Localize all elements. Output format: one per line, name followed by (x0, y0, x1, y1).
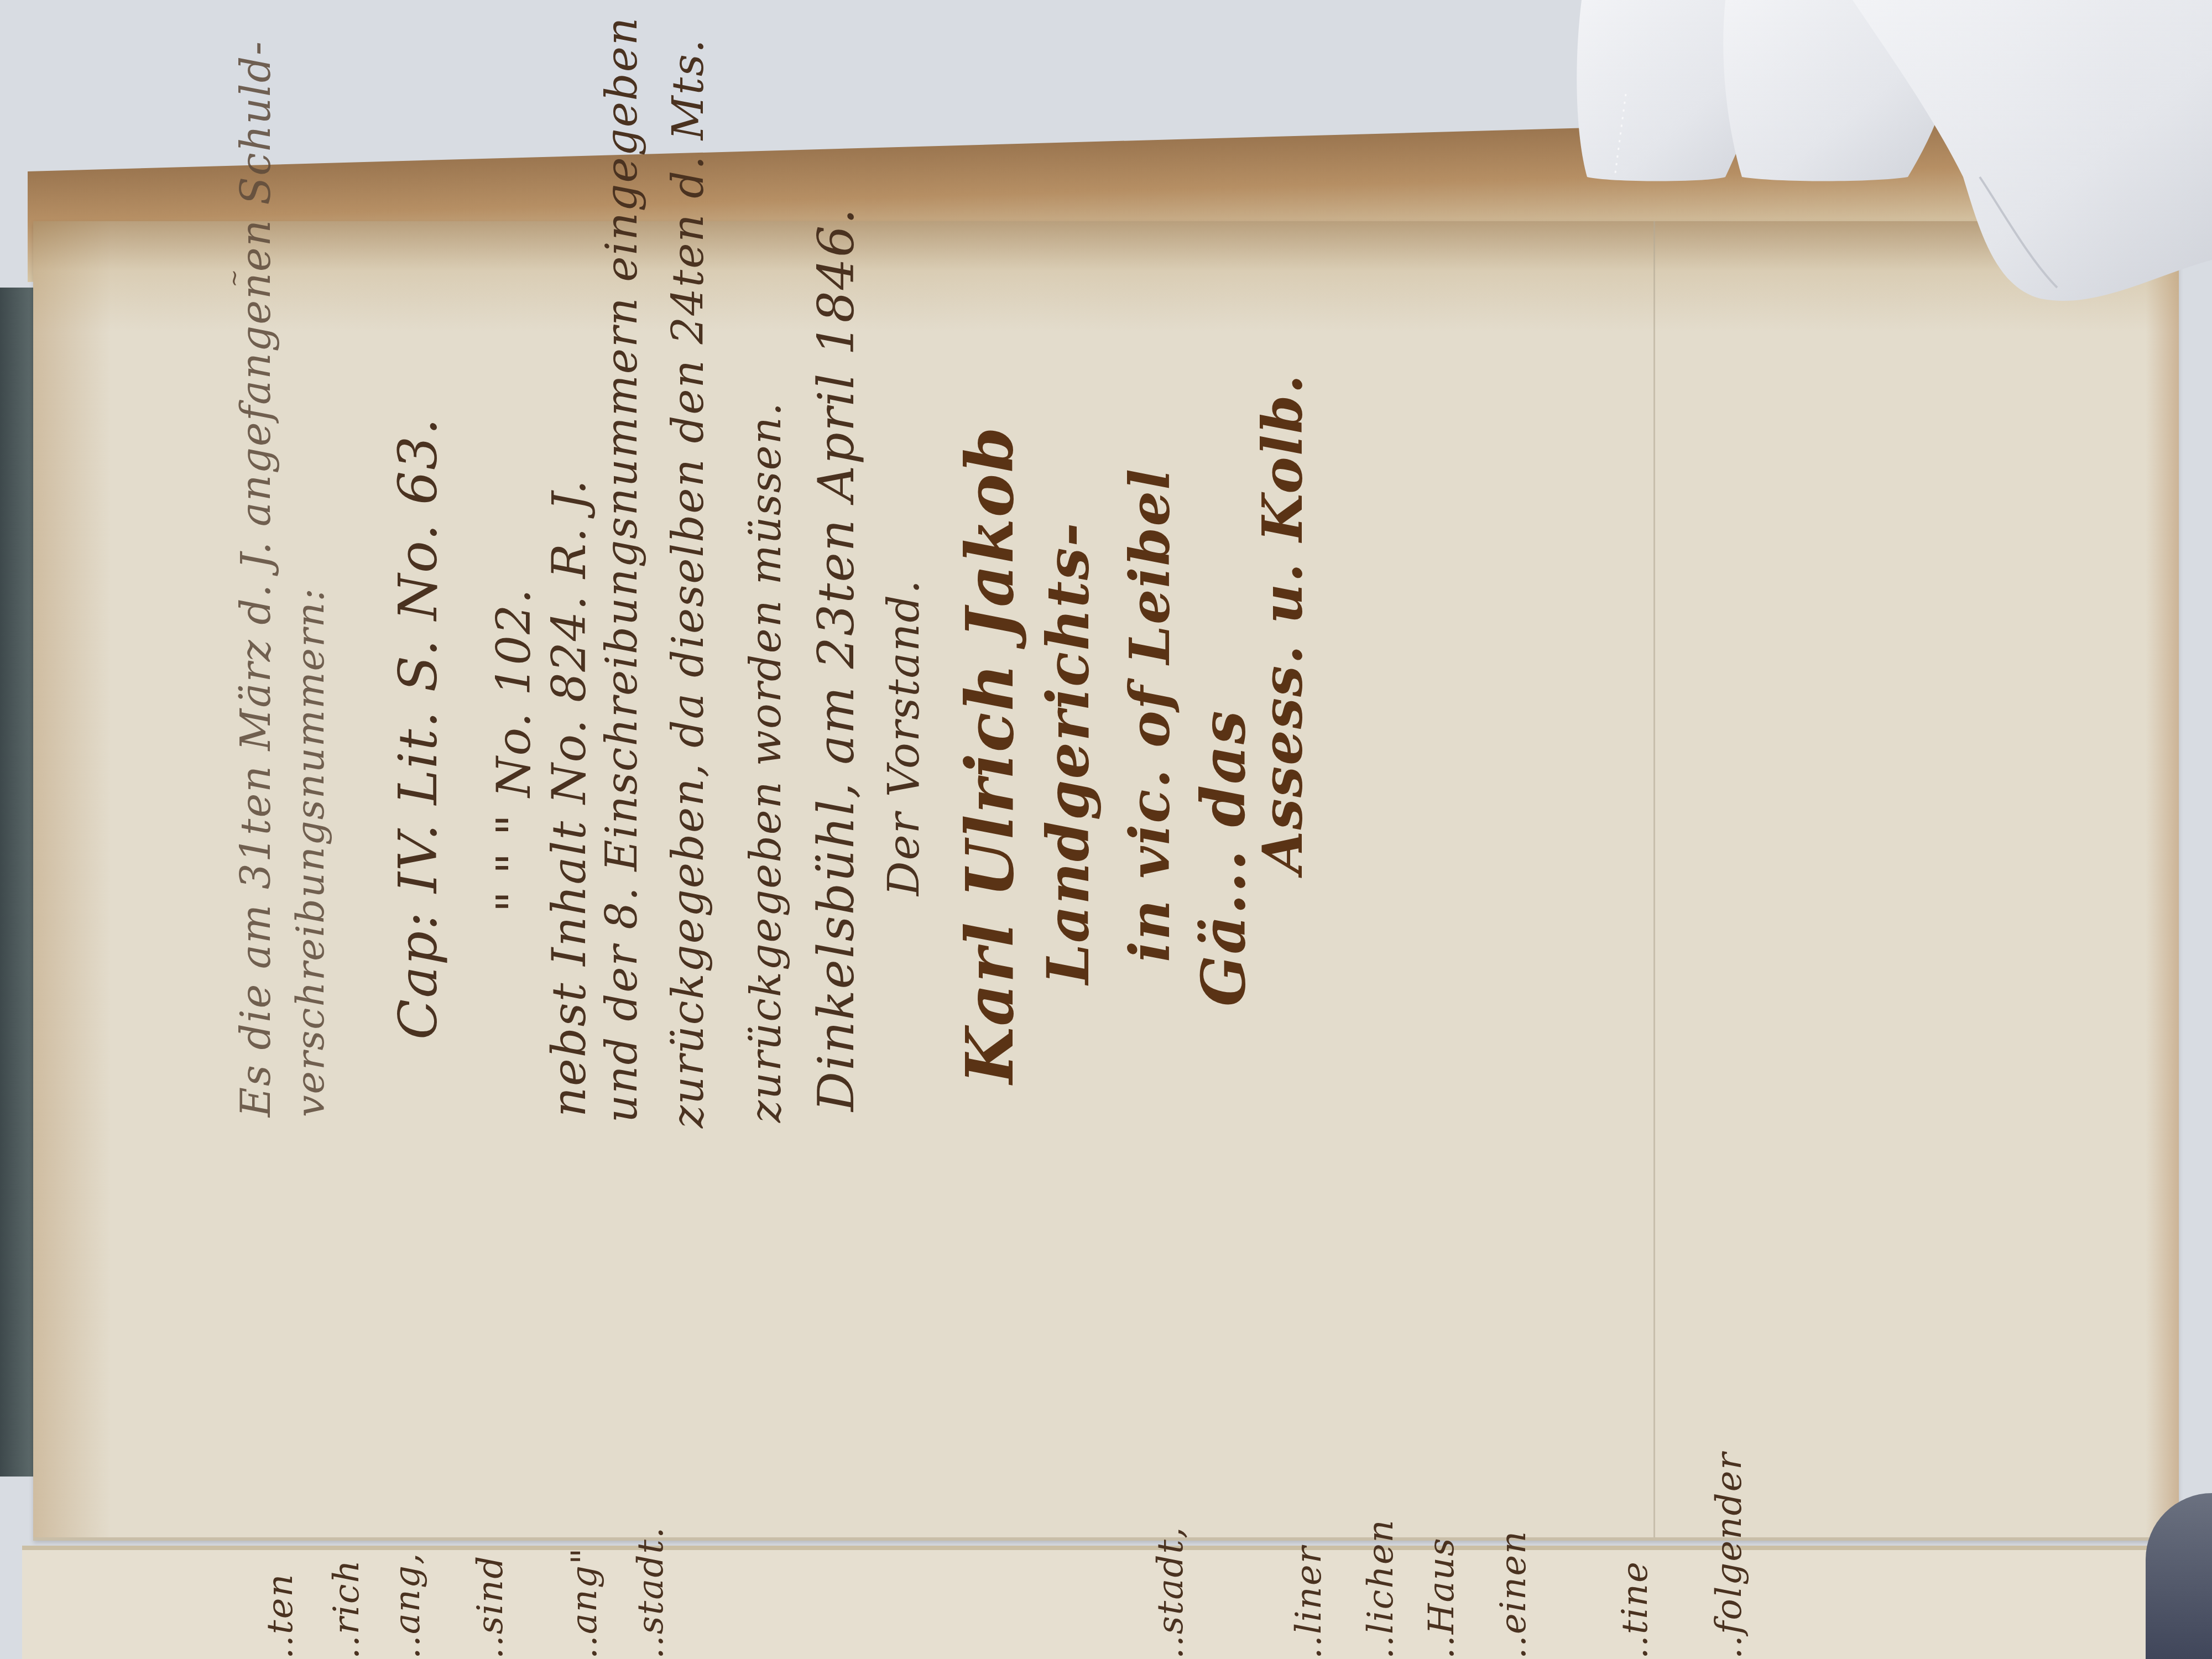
document-page (33, 221, 2179, 1541)
page-fold-line (1653, 221, 1655, 1537)
lower-page (22, 1546, 2212, 1659)
edge-text-fragment: ~ (221, 269, 247, 288)
white-glove-hand (1543, 0, 2212, 310)
